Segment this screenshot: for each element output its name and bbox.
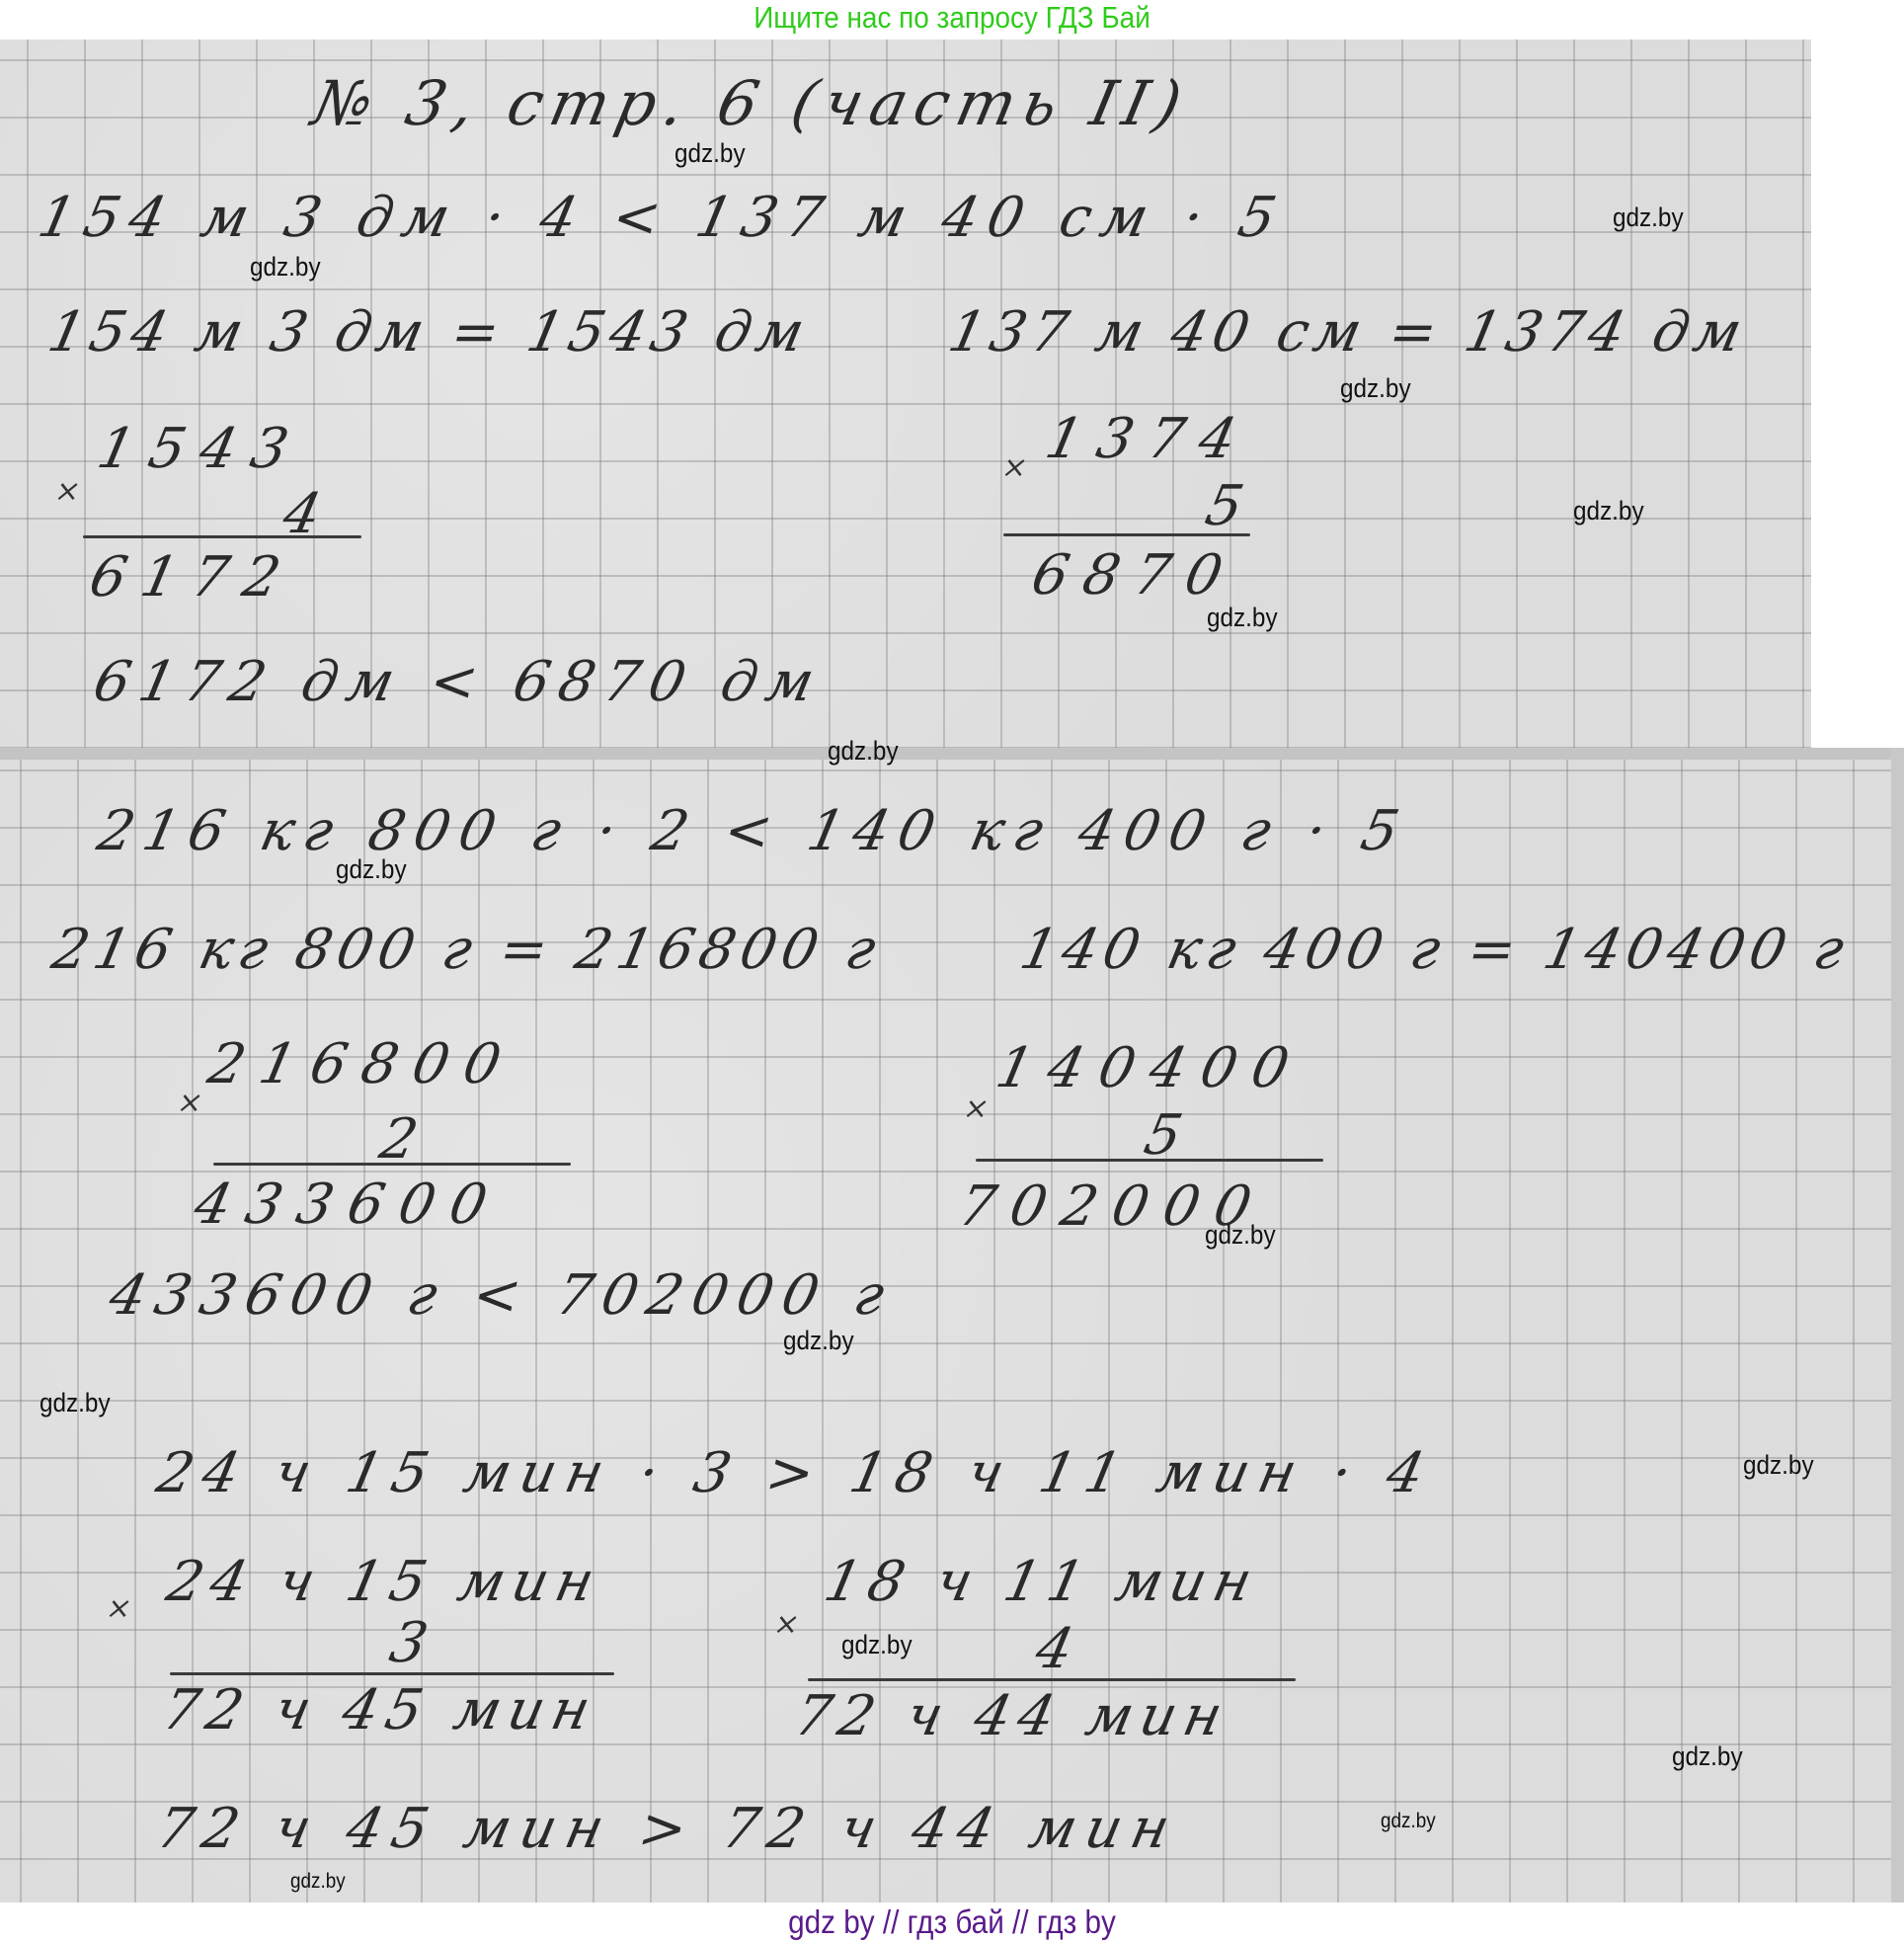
watermark: gdz.by xyxy=(1340,373,1411,404)
watermark: gdz.by xyxy=(40,1388,111,1418)
multiplicand: 1543 xyxy=(92,417,309,481)
multiplicand: 140400 xyxy=(991,1036,1310,1100)
problem-1: 154 м 3 дм · 4 < 137 м 40 см · 5 xyxy=(33,186,1291,250)
product: 6172 xyxy=(84,545,301,609)
conclusion-2: 433600 г < 702000 г xyxy=(104,1263,900,1328)
multiply-sign: × xyxy=(174,1086,206,1120)
multiplier: 4 xyxy=(1030,1617,1094,1681)
multiply-sign: × xyxy=(51,474,84,509)
watermark: gdz.by xyxy=(841,1630,912,1660)
watermark: gdz.by xyxy=(1205,1220,1276,1251)
conclusion-3: 72 ч 45 мин > 72 ч 44 мин xyxy=(151,1797,1185,1861)
watermark: gdz.by xyxy=(1381,1810,1436,1833)
product-rule xyxy=(83,535,361,538)
conversion-1: 154 м 3 дм = 1543 дм 137 м 40 см = 1374 … xyxy=(42,300,1753,364)
watermark: gdz.by xyxy=(1613,202,1684,233)
product: 72 ч 45 мин xyxy=(157,1678,603,1742)
product: 433600 xyxy=(189,1173,509,1237)
multiply-sign: × xyxy=(998,450,1031,485)
watermark: gdz.by xyxy=(783,1326,854,1356)
problem-2: 216 кг 800 г · 2 < 140 кг 400 г · 5 xyxy=(92,799,1414,863)
product-rule xyxy=(808,1678,1296,1681)
problem-3: 24 ч 15 мин · 3 > 18 ч 11 мин · 4 xyxy=(151,1441,1440,1505)
multiply-sign: × xyxy=(103,1591,135,1626)
watermark: gdz.by xyxy=(250,252,321,283)
multiplicand: 18 ч 11 мин xyxy=(819,1550,1265,1614)
conversion-2: 216 кг 800 г = 216800 г 140 кг 400 г = 1… xyxy=(46,918,1856,982)
watermark: gdz.by xyxy=(674,138,746,169)
watermark: gdz.by xyxy=(336,854,407,885)
watermark: gdz.by xyxy=(1743,1450,1814,1481)
product: 6870 xyxy=(1026,543,1243,607)
product-rule xyxy=(170,1672,614,1675)
watermark: gdz.by xyxy=(1207,603,1278,633)
multiply-sign: × xyxy=(770,1607,803,1642)
multiplicand: 216800 xyxy=(202,1032,522,1096)
notebook-photo-bottom: 216 кг 800 г · 2 < 140 кг 400 г · 5 216 … xyxy=(0,748,1891,1902)
notebook-photo-top: № 3, стр. 6 (часть II) 154 м 3 дм · 4 < … xyxy=(0,40,1811,748)
multiplier: 5 xyxy=(1200,474,1264,538)
product-rule xyxy=(213,1163,571,1166)
product: 72 ч 44 мин xyxy=(789,1684,1235,1748)
watermark: gdz.by xyxy=(1672,1741,1743,1772)
photo-edge-strip xyxy=(1891,748,1904,1902)
multiply-sign: × xyxy=(960,1092,992,1126)
conclusion-1: 6172 дм < 6870 дм xyxy=(88,650,830,714)
watermark: gdz.by xyxy=(828,736,899,767)
watermark: gdz.by xyxy=(1573,496,1644,526)
product-rule xyxy=(976,1159,1323,1162)
watermark: gdz.by xyxy=(290,1870,346,1894)
multiplier: 3 xyxy=(384,1611,448,1675)
exercise-title: № 3, стр. 6 (часть II) xyxy=(306,67,1195,139)
multiplicand: 24 ч 15 мин xyxy=(161,1550,607,1614)
multiplicand: 1374 xyxy=(1040,407,1257,471)
product-rule xyxy=(1003,533,1250,536)
footer-banner: gdz by // гдз бай // гдз by xyxy=(95,1902,1808,1942)
header-banner: Ищите нас по запросу ГДЗ Бай xyxy=(95,0,1808,40)
